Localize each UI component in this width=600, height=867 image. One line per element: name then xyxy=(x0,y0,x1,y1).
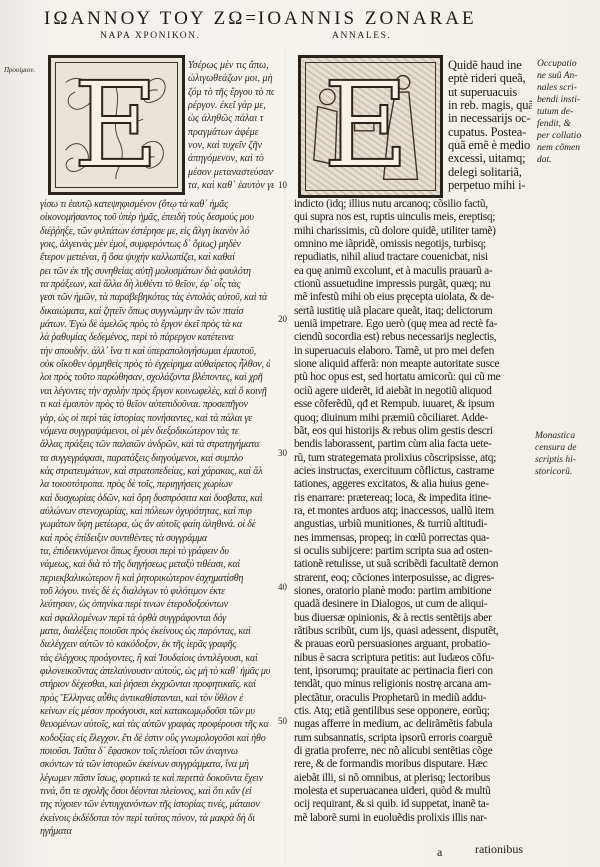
note-line: fendit, & xyxy=(537,118,581,130)
text-line: qui supra nos est, ruptis uinculis meis,… xyxy=(294,211,528,224)
text-line: ociũ agere uiderẽt, id aiebãt in negotiũ… xyxy=(294,385,528,398)
text-line: in reb. magis, quã xyxy=(448,99,532,112)
text-line: angustias, urbiũ munitiones, & turriũ al… xyxy=(294,518,528,531)
text-line: quoq; diuinum mihi præmiũ cõciliaret. Ad… xyxy=(294,412,528,425)
text-line: plectãtur, oraculis Prophetarũ in mediũ … xyxy=(294,692,528,705)
latin-running-title: IOANNIS ZONARAE xyxy=(258,8,477,30)
note-line: nales scri- xyxy=(537,82,581,94)
line-number: 40 xyxy=(278,582,287,592)
text-line: τοῦ λόγου. τινὲς δὲ ἐς διαλόγων τὸ φιλότ… xyxy=(40,585,270,598)
latin-text-column: indicto (idq; illius nutu arcanoq; cõsil… xyxy=(294,198,528,825)
text-line: eptè rideri queã, xyxy=(448,72,532,85)
book-page: ΙΩΑΝΝΟΥ ΤΟΥ ΖΩ= IOANNIS ZONARAE ΝΑΡΑ ΧΡΟ… xyxy=(0,0,600,867)
text-line: γὰρ, ὡς οἱ περὶ τὰς ἱστορίας πονήσαντες,… xyxy=(40,412,270,425)
margin-note-monastica-censura: Monasticacensura descriptis hi-storicorũ… xyxy=(535,430,576,478)
text-line: ciendũ socordia est) rebus necessarijs n… xyxy=(294,331,528,344)
greek-subtitle: ΝΑΡΑ ΧΡΟΝΙΚΟΝ. xyxy=(100,31,201,41)
text-line: τὰς ἐλέγχους προάγοντες, ἢ καὶ Ἰουδαίοις… xyxy=(40,652,270,665)
line-number: 50 xyxy=(278,716,287,726)
text-line: Υ̓σέρως μὲν τις ἄπω, xyxy=(188,59,274,72)
text-line: di gratia proferre, nec nõ alicubi sentẽ… xyxy=(294,745,528,758)
text-line: καὶ σφαλλομένων περὶ τὰ ὀρθὰ συγγράφοντα… xyxy=(40,612,270,625)
text-line: γοις, ἀλγεινὰς μὲν ἐμοί, συμφερόντως δ᾽ … xyxy=(40,238,270,251)
text-line: τα, ἐπιδεικνύμενοι ὅπως ἔχουσι περὶ τὸ γ… xyxy=(40,545,270,558)
text-line: ρει τῶν ἐκ τῆς συνηθείας αὐτῇ μολυσμάτων… xyxy=(40,265,270,278)
initial-letter: E xyxy=(323,66,409,184)
note-line: scriptis hi- xyxy=(535,454,576,466)
text-line: perpetuo mihi i- xyxy=(448,179,532,192)
text-line: molesta et superuacanea uideri, quòd & m… xyxy=(294,785,528,798)
text-line: in superuacuis elaboro. Tamẽ, ut pro mei… xyxy=(294,345,528,358)
note-line: Monastica xyxy=(535,430,576,442)
greek-text-beside-initial: Υ̓σέρως μὲν τις ἄπω, ὡλιγωθεάζων μοι, μὴ… xyxy=(188,59,274,192)
note-line: per collatio xyxy=(537,130,581,142)
text-line: ut superuacuis xyxy=(448,86,532,99)
text-line: ματα, διαλέξεις ποιοῦσι πρὸς ἐκείνους ὡς… xyxy=(40,625,270,638)
text-line: μέσον μεταναστεύσαντ xyxy=(188,166,274,179)
greek-decorated-initial: E xyxy=(48,55,185,195)
text-line: ρέργον. ἐκεῖ γάρ με, xyxy=(188,99,274,112)
note-line: dat. xyxy=(537,154,581,166)
text-line: λοι πρὸς τοῦτο παρώθησαν, σχολάζοντα βλέ… xyxy=(40,371,270,384)
text-line: λὰ ῥαθυμίας δεδεμένος, περὶ τὸ πάρεργον … xyxy=(40,331,270,344)
text-line: repudiatis, nihil aliud tractare couenic… xyxy=(294,251,528,264)
text-line: διελέγχειν αὐτῶν τὸ κακόδοξον, ἐκ τῆς ἱε… xyxy=(40,638,270,651)
text-line: ὡς ἀληθῶς πάλαι τ xyxy=(188,112,274,125)
text-line: ptũ hoc opus est, sed hortatu amicorũ: q… xyxy=(294,371,528,384)
text-line: ueniã impetrare. Ego uerò (quę mea ad re… xyxy=(294,318,528,331)
catchword: rationibus xyxy=(475,842,523,857)
text-line: strarent, eoq; cõciones interposuisse, a… xyxy=(294,572,528,585)
text-line: omnino me iãpridẽ, omissis negotijs, tur… xyxy=(294,238,528,251)
text-line: ζόμ τὸ τῆς ἔργου τὸ πα xyxy=(188,86,274,99)
signature-mark: a xyxy=(437,845,442,860)
text-line: bãt, eos qui historijs & rebus olim gest… xyxy=(294,425,528,438)
text-line: quã emẽ è medio xyxy=(448,139,532,152)
note-line: nem cõmen xyxy=(537,142,581,154)
text-line: bendis laborassent, partim cùm alia fact… xyxy=(294,438,528,451)
text-line: Quidẽ haud ine xyxy=(448,59,532,72)
text-line: τὴν σπουδήν. ἀλλ᾽ ἵνα τι καὶ ὑπεραπολογή… xyxy=(40,345,270,358)
text-line: quadã desinere in Dialogos, ut cum de al… xyxy=(294,598,528,611)
text-line: ὡλιγωθεάζων μοι, μὴ xyxy=(188,72,274,85)
text-line: in necessarijs oc- xyxy=(448,112,532,125)
text-line: excessi, uitamq; xyxy=(448,152,532,165)
text-line: bus diuersæ opinionis, & à rectis sentẽt… xyxy=(294,612,528,625)
text-line: ea quę animũ excolunt, et à maculis prau… xyxy=(294,265,528,278)
text-line: νόμενα συγγραψάμενοι, οἱ μὲν διεξοδικώτε… xyxy=(40,425,270,438)
text-line: γωμάτων ὕψη μετέωρα, ὡς ἂν αὐτοῖς φαίη ἀ… xyxy=(40,518,270,531)
margin-note-occupatione: Occupatione suũ An-nales scri-bendi inst… xyxy=(537,58,581,166)
text-line: mẽ infestũ mihi ob eius pręcepta uiolata… xyxy=(294,291,528,304)
text-line: ἐκείνοις ἐκδέδοται τὸν περὶ ταύτας πόνον… xyxy=(40,812,270,825)
text-line: siones, oratorio planè modo: partim ambi… xyxy=(294,585,528,598)
text-line: mihi charissimis, cũ dolore quidẽ, utili… xyxy=(294,225,528,238)
text-line: ναι λέγοντες τὴν σχολὴν πρὸς ἔργον κοινω… xyxy=(40,385,270,398)
text-line: sione aliquid afferã: non meapte autorit… xyxy=(294,358,528,371)
text-line: αὐλώνων στενοχωρίας, καὶ πόλεων ὀχυρότητ… xyxy=(40,505,270,518)
text-line: sertã iustitię uiã placare queãt, itaq; … xyxy=(294,305,528,318)
text-line: nes immensas, propeq; in cœlũ porrectas … xyxy=(294,532,528,545)
text-line: ris enarrare: prætereaq; loca, & impedit… xyxy=(294,492,528,505)
text-line: ηγήματα xyxy=(40,825,270,838)
text-line: aiebãt illi, si nõ omnibus, at plerisq; … xyxy=(294,772,528,785)
text-line: tationes, aggeres excitatos, & alia huiu… xyxy=(294,478,528,491)
text-line: περιεκβαλικώτερον ἢ καὶ ῥητορικώτερον ἐσ… xyxy=(40,572,270,585)
line-number: 10 xyxy=(278,180,287,190)
text-line: τα, καὶ καθ᾽ ἑαυτὸν γε xyxy=(188,179,274,192)
text-line: τα συγγεγράφασι, παρατάξεις διηγούμενοι,… xyxy=(40,452,270,465)
text-line: tendãt, quo minus religionis nostrę arca… xyxy=(294,678,528,691)
text-line: si oculis subijcere: partim scripta sua … xyxy=(294,545,528,558)
text-line: οὐκ οἴκοθεν ὁρμηθεὶς πρὸς τὸ ἐγχείρημα α… xyxy=(40,358,270,371)
text-line: nugas afferre in medium, ac delirãmẽtis … xyxy=(294,718,528,731)
note-line: storicorũ. xyxy=(535,466,576,478)
text-line: rãtibus scribũt, cum ijs, quasi adessent… xyxy=(294,625,528,638)
text-line: νάμεως, καὶ διὰ τὸ τῆς διηγήσεως μεταξὺ … xyxy=(40,558,270,571)
text-line: indicto (idq; illius nutu arcanoq; cõsil… xyxy=(294,198,528,211)
text-line: ποιοῦσι. Ταῦτα δ᾽ ἔφασκον τοῖς πλείοσι τ… xyxy=(40,745,270,758)
text-line: delegi solitariã, xyxy=(448,166,532,179)
text-line: νον, καὶ τυχεῖν ζῆν xyxy=(188,139,274,152)
text-line: tationẽ retulisse, ut suã scribẽdi facul… xyxy=(294,558,528,571)
text-line: κὰς στρατευμάτων, καὶ στρατοπεδείας, καὶ… xyxy=(40,465,270,478)
text-line: μάτων. Ἐγὼ δὲ ἀμελῶς πρὸς τὸ ἔργον ἐκεῖ … xyxy=(40,318,270,331)
text-line: τινά, ὅτι τε σχολῆς ὅσοι δέονται πλείονο… xyxy=(40,785,270,798)
text-line: ocij requirant, & si quib. id suppetat, … xyxy=(294,798,528,811)
line-number: 30 xyxy=(278,448,287,458)
text-line: rere, & de formandis moribus disputare. … xyxy=(294,758,528,771)
text-line: γεσι τῶν ἡμῶν, τὰ παραβεβηκότας τὰς ἐντο… xyxy=(40,291,270,304)
text-line: cupatus. Postea- xyxy=(448,126,532,139)
text-line: πραγμάτων ἀφέμε xyxy=(188,126,274,139)
text-line: τα πράξεων, καὶ ἄλλα δὴ λυθέντι τὸ θεῖον… xyxy=(40,278,270,291)
text-line: ra, et montes arduos atq; inaccessos, ua… xyxy=(294,505,528,518)
text-line: θευομένων αὐτοῖς, καὶ τὰς αὐτῶν γραφὰς π… xyxy=(40,718,270,731)
text-line: esse cõferẽdũ, qđ et Rempub. iuuaret, & … xyxy=(294,398,528,411)
text-line: λέγωμεν πᾶσιν ἴσως, φορτικά τε καὶ περιτ… xyxy=(40,772,270,785)
text-line: τι καὶ ἐμαυτὸν πρὸς τὸ θεῖον αὐτεπιδοῦνα… xyxy=(40,398,270,411)
latin-subtitle: ANNALES. xyxy=(332,31,392,41)
text-line: καὶ δυσχωρίας ὁδῶν, καὶ ὄρη δυσπρόσιτα κ… xyxy=(40,492,270,505)
text-line: ἄλλας πράξεις τῶν παλαιῶν ἀνδρῶν, καὶ τὰ… xyxy=(40,438,270,451)
text-line: της τύχοιεν τῶν ἐντυγχανόντων τῆς ἱστορί… xyxy=(40,798,270,811)
text-line: καὶ πρὸς ἐπίδειξιν συντιθέντες τὰ συγγρά… xyxy=(40,532,270,545)
text-line: rũ, tum strategemata prolixius cõscripsi… xyxy=(294,452,528,465)
note-line: ne suũ An- xyxy=(537,70,581,82)
note-line: Occupatio xyxy=(537,58,581,70)
text-line: tent, ipsorumq; prauitate ac pertinacia … xyxy=(294,665,528,678)
text-line: ctis. Atq; etiã gentilibus sese opponere… xyxy=(294,705,528,718)
text-line: ctionũ assuetudine impressis purgãt, quæ… xyxy=(294,278,528,291)
latin-text-beside-initial: Quidẽ haud ine eptè rideri queã, ut supe… xyxy=(448,59,532,192)
greek-running-title: ΙΩΑΝΝΟΥ ΤΟΥ ΖΩ= xyxy=(44,8,259,30)
text-line: δικαιώματα, καὶ ζητεῖν ὅπως συγγνώμην ἂν… xyxy=(40,305,270,318)
text-line: διέῤῥηξε, τῶν φιλτάτων ἐστέρησε με, εἰς … xyxy=(40,225,270,238)
note-line: bendi insti- xyxy=(537,94,581,106)
text-line: nibus è sacra scriptura petitis: aut Iud… xyxy=(294,652,528,665)
text-line: λεύτησαν, ὡς ὁπηνίκα περί τινων ἑτεροδοξ… xyxy=(40,598,270,611)
margin-note-prooemium: Προοίμιον. xyxy=(4,64,35,76)
text-line: στήριον δέχεσθαι, καὶ ῥήσεσι ἐκχρῶνται π… xyxy=(40,678,270,691)
note-line: censura de xyxy=(535,442,576,454)
text-line: κοδοξίας εἰς ἔλεγχον. ἔτι δὲ ἐστιν οὓς γ… xyxy=(40,732,270,745)
greek-text-column: γίσω τι ἑαυτῷ κατεψηφισμένον (ὅτῳ τὰ καθ… xyxy=(40,198,270,839)
text-line: φιλονεικοῦντας ἀπελαύνουσιν αὐτούς, ὡς μ… xyxy=(40,665,270,678)
text-line: ἕτερον μετιέναι, ἢ ὅσα ψυχὴν καλλωπίζει,… xyxy=(40,251,270,264)
line-number: 20 xyxy=(278,314,287,324)
note-line: tutum de- xyxy=(537,106,581,118)
text-line: acies instructas, exercituum cõflictus, … xyxy=(294,465,528,478)
text-line: πρὸς Ἕλληνας αὖθις ἀντικαθίστανται, καὶ … xyxy=(40,692,270,705)
text-line: ἀπηγόμενον, καὶ τὸ xyxy=(188,152,274,165)
text-line: rum subsannatis, scripta ipsorũ erroris … xyxy=(294,732,528,745)
text-line: & prauas eorũ persuasiones arguant, prob… xyxy=(294,638,528,651)
text-line: κείνων εἰς μέσον προάγουσι, καὶ κατακωμῳ… xyxy=(40,705,270,718)
text-line: mẽ laborẽ sumi in euoluẽdis prolixis ill… xyxy=(294,812,528,825)
latin-historiated-initial: E xyxy=(298,55,443,198)
text-line: οἰκονομήσαντος τοῦ ὑπὲρ ἡμᾶς, ἐπειδὴ τοὺ… xyxy=(40,211,270,224)
text-line: γίσω τι ἑαυτῷ κατεψηφισμένον (ὅτῳ τὰ καθ… xyxy=(40,198,270,211)
initial-letter: E xyxy=(73,66,159,184)
text-line: λα τοιουτότροπα. πρὸς δὲ τοῖς, περιηγήσε… xyxy=(40,478,270,491)
text-line: σκόντων τὰ τῶν ἱστοριῶν ἐκείνων συγγράμμ… xyxy=(40,758,270,771)
